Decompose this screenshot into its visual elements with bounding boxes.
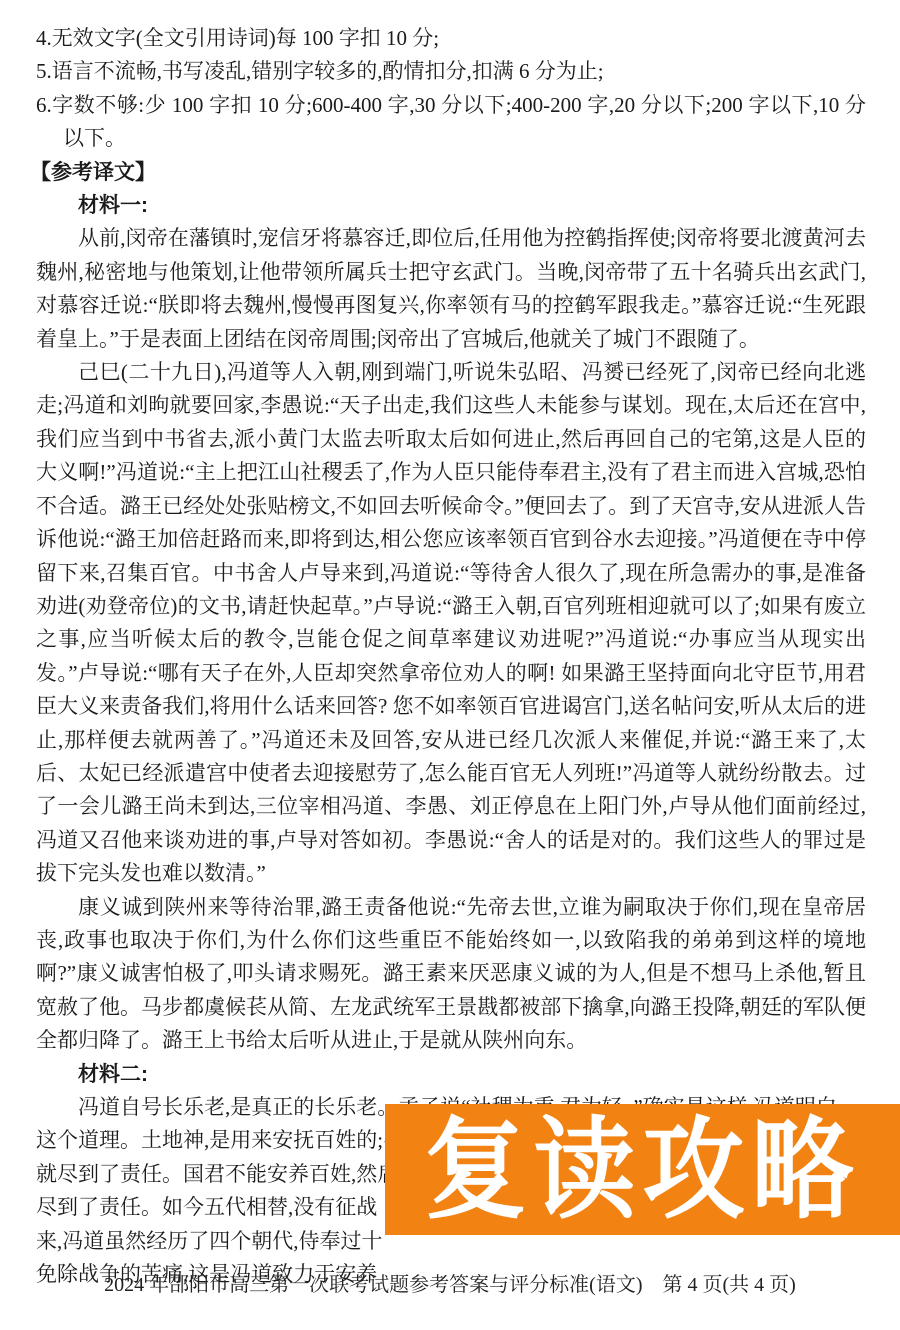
scoring-rule-item-4: 4.无效文字(全文引用诗词)每 100 字扣 10 分; bbox=[36, 22, 866, 55]
material-1-paragraph-1: 从前,闵帝在藩镇时,宠信牙将慕容迁,即位后,任用他为控鹤指挥使;闵帝将要北渡黄河… bbox=[36, 222, 866, 356]
promo-banner-text: 复读攻略 bbox=[425, 1114, 861, 1224]
page-footer: 2024 年邵阳市高三第一次联考试题参考答案与评分标准(语文) 第 4 页(共 … bbox=[0, 1272, 900, 1298]
page-content: 4.无效文字(全文引用诗词)每 100 字扣 10 分; 5.语言不流畅,书写凌… bbox=[36, 22, 866, 1291]
material-1-paragraph-3: 康义诚到陕州来等待治罪,潞王责备他说:“先帝去世,立谁为嗣取决于你们,现在皇帝居… bbox=[36, 891, 866, 1058]
exam-answer-sheet-page: 4.无效文字(全文引用诗词)每 100 字扣 10 分; 5.语言不流畅,书写凌… bbox=[0, 0, 900, 1330]
material-2-label: 材料二: bbox=[36, 1058, 866, 1091]
material-1-label: 材料一: bbox=[36, 189, 866, 222]
scoring-rule-item-6: 6.字数不够:少 100 字扣 10 分;600-400 字,30 分以下;40… bbox=[36, 89, 866, 156]
scoring-rule-item-5: 5.语言不流畅,书写凌乱,错别字较多的,酌情扣分,扣满 6 分为止; bbox=[36, 55, 866, 88]
promo-overlay-banner: 复读攻略 bbox=[385, 1104, 900, 1235]
reference-translation-heading: 【参考译文】 bbox=[30, 156, 866, 189]
material-1-paragraph-2: 己巳(二十九日),冯道等人入朝,刚到端门,听说朱弘昭、冯赟已经死了,闵帝已经向北… bbox=[36, 356, 866, 891]
